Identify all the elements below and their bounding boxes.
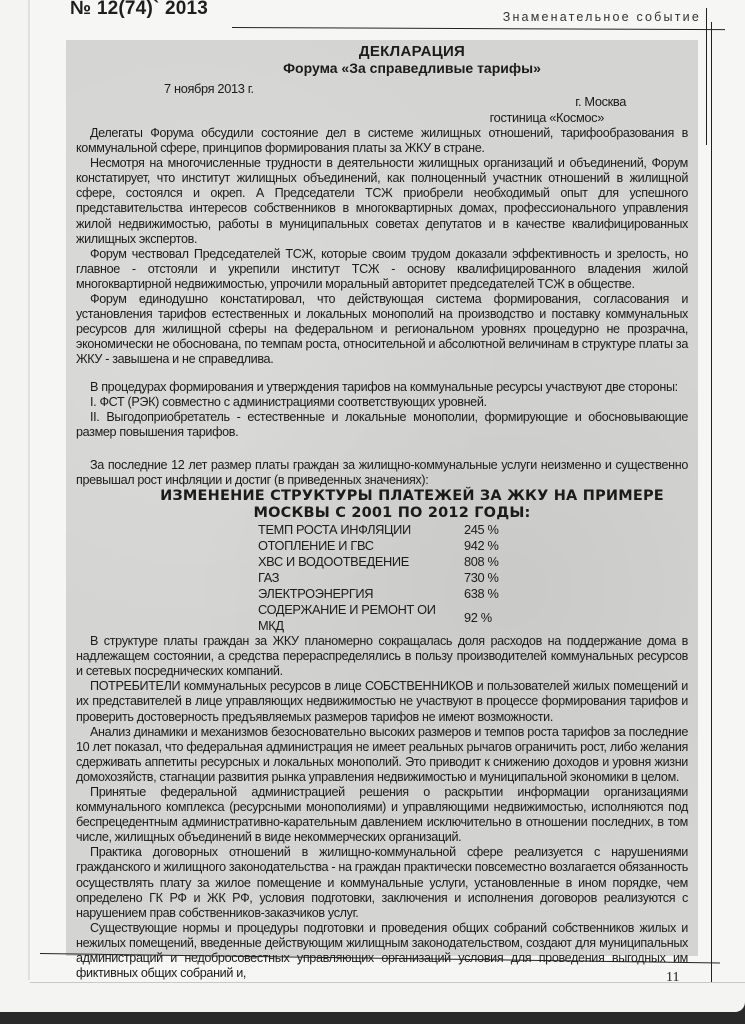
row-label: ТЕМП РОСТА ИНФЛЯЦИИ — [258, 522, 464, 538]
paragraph: Анализ динамики и механизмов безосновате… — [76, 725, 688, 785]
paragraph: Форум чествовал Председателей ТСЖ, котор… — [76, 247, 688, 292]
paragraph: ПОТРЕБИТЕЛИ коммунальных ресурсов в лице… — [76, 679, 688, 724]
table-title: ИЗМЕНЕНИЕ СТРУКТУРЫ ПЛАТЕЖЕЙ ЗА ЖКУ НА П… — [136, 488, 688, 522]
row-value: 730 % — [464, 570, 499, 586]
paragraph: Несмотря на многочисленные трудности в д… — [76, 156, 688, 247]
document-subtitle: Форума «За справедливые тарифы» — [136, 60, 688, 76]
table-title-line-1: ИЗМЕНЕНИЕ СТРУКТУРЫ ПЛАТЕЖЕЙ ЗА ЖКУ НА П… — [160, 488, 664, 504]
scan-background — [0, 1012, 745, 1024]
paragraph: Практика договорных отношений в жилищно-… — [76, 845, 688, 920]
paragraph: Принятые федеральной администрацией реше… — [76, 785, 688, 845]
table-row: ТЕМП РОСТА ИНФЛЯЦИИ245 % — [258, 522, 499, 538]
table-title-line-2: МОСКВЫ С 2001 ПО 2012 ГОДЫ: — [136, 505, 648, 522]
row-value: 638 % — [464, 586, 499, 602]
row-value: 92 % — [464, 602, 499, 634]
row-value: 942 % — [464, 538, 499, 554]
table-row: ЭЛЕКТРОЭНЕРГИЯ638 % — [258, 586, 499, 602]
paragraph: В процедурах формирования и утверждения … — [76, 380, 688, 395]
row-label: СОДЕРЖАНИЕ И РЕМОНТ ОИ МКД — [258, 602, 464, 634]
vertical-rule — [711, 22, 712, 982]
paragraph-group-3: В структуре платы граждан за ЖКУ планоме… — [76, 634, 688, 981]
row-label: ГАЗ — [258, 570, 464, 586]
row-value: 245 % — [464, 522, 499, 538]
table-row: ХВС И ВОДООТВЕДЕНИЕ808 % — [258, 554, 499, 570]
paragraph: I. ФСТ (РЭК) совместно с администрациями… — [76, 395, 688, 410]
payment-structure-table: ТЕМП РОСТА ИНФЛЯЦИИ245 %ОТОПЛЕНИЕ И ГВС9… — [258, 522, 499, 634]
declaration-body: ДЕКЛАРАЦИЯ Форума «За справедливые тариф… — [76, 44, 688, 981]
paragraph-group-1: Делегаты Форума обсудили состояние дел в… — [76, 126, 688, 368]
table-row: ГАЗ730 % — [258, 570, 499, 586]
paragraph-group-2: В процедурах формирования и утверждения … — [76, 380, 688, 440]
row-label: ОТОПЛЕНИЕ И ГВС — [258, 538, 464, 554]
paragraph: Делегаты Форума обсудили состояние дел в… — [76, 126, 688, 156]
table-row: ОТОПЛЕНИЕ И ГВС942 % — [258, 538, 499, 554]
paragraph: Форум единодушно констатировал, что дейс… — [76, 292, 688, 367]
document-venue: гостиница «Космос» — [490, 110, 604, 125]
paragraph: II. Выгодоприобретатель - естественные и… — [76, 410, 688, 440]
vertical-rule — [706, 8, 707, 145]
document-title: ДЕКЛАРАЦИЯ — [136, 44, 688, 60]
row-value: 808 % — [464, 554, 499, 570]
date-location-row: 7 ноября 2013 г. г. Москва гостиница «Ко… — [76, 76, 688, 120]
section-title: Знаменательное событие — [503, 10, 701, 24]
table-row: СОДЕРЖАНИЕ И РЕМОНТ ОИ МКД92 % — [258, 602, 499, 634]
paragraph: В структуре платы граждан за ЖКУ планоме… — [76, 634, 688, 679]
paragraph: Существующие нормы и процедуры подготовк… — [76, 921, 688, 981]
table-intro: За последние 12 лет размер платы граждан… — [76, 458, 688, 488]
document-date: 7 ноября 2013 г. — [164, 81, 254, 96]
row-label: ХВС И ВОДООТВЕДЕНИЕ — [258, 554, 464, 570]
issue-number: № 12(74)` 2013 — [70, 0, 208, 20]
page-number: 11 — [666, 970, 679, 986]
row-label: ЭЛЕКТРОЭНЕРГИЯ — [258, 586, 464, 602]
magazine-page: № 12(74)` 2013 Знаменательное событие ДЕ… — [0, 0, 745, 1012]
document-city: г. Москва — [575, 94, 626, 109]
